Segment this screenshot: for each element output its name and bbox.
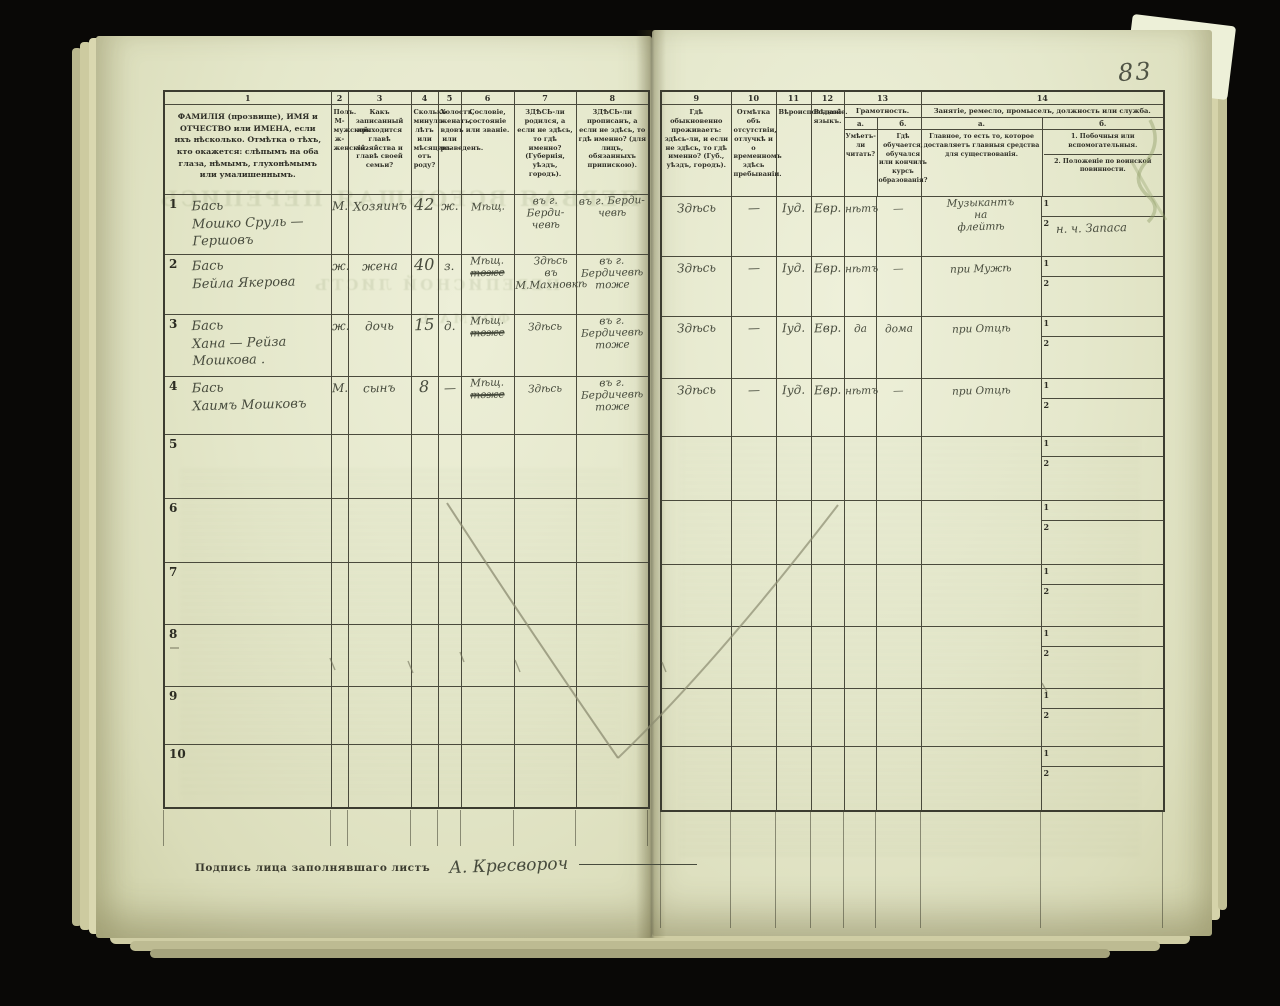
cell-c8-r1: въ г. Берди-чевѣ bbox=[576, 194, 649, 254]
cell-c3-r4: сынъ bbox=[348, 376, 411, 434]
cell-c11-r9 bbox=[776, 689, 811, 747]
cell-c8-r6 bbox=[576, 498, 649, 562]
cell-c2-r1: М. bbox=[331, 194, 348, 254]
cell-c2-r7 bbox=[331, 562, 348, 624]
col-header-can-read: Умѣетъ-ли читать? bbox=[845, 130, 877, 196]
cell-c10-r1: — bbox=[731, 197, 776, 257]
table-rule-continuation bbox=[920, 810, 921, 928]
page-stack-bottom bbox=[150, 949, 1110, 958]
table-rule-continuation bbox=[575, 810, 576, 846]
cell-c2-r2: ж. bbox=[331, 254, 348, 314]
cell-c14b-r10: 1 2 bbox=[1041, 747, 1164, 811]
col-header-main-occupation: Главное, то есть то, которое доставляетъ… bbox=[922, 130, 1042, 196]
table-row: 1 2 bbox=[661, 689, 1164, 747]
cell-c13b-r6 bbox=[876, 501, 921, 565]
col-number: 13 bbox=[845, 92, 921, 105]
cell-c6-r7 bbox=[461, 562, 514, 624]
cell-c14b-r4: 1 2 bbox=[1041, 379, 1164, 437]
col-header-registered: ЗДѢСЬ-ли прописанъ, а если не здѣсь, то … bbox=[577, 105, 649, 173]
table-rule-continuation bbox=[1040, 810, 1041, 928]
table-rule-continuation bbox=[730, 810, 731, 928]
cell-c9-r7 bbox=[661, 565, 731, 627]
cell-c5-r4: — bbox=[438, 376, 461, 434]
cell-c6-r2: Мѣщ.тоже bbox=[461, 254, 514, 314]
cell-c10-r10 bbox=[731, 747, 776, 811]
cell-c14a-r7 bbox=[921, 565, 1041, 627]
cell-c9-r2: Здѣсь bbox=[661, 257, 731, 317]
cell-c5-r5 bbox=[438, 434, 461, 498]
table-rule-continuation bbox=[460, 810, 461, 846]
col-number: 9 bbox=[662, 92, 731, 105]
cell-c7-r7 bbox=[514, 562, 576, 624]
cell-c12-r2: Евр. bbox=[811, 257, 844, 317]
table-rule-continuation bbox=[775, 810, 776, 928]
col-header-side-occupation: 1. Побочныя или вспомогательныя. bbox=[1068, 133, 1137, 149]
cell-c10-r2: — bbox=[731, 257, 776, 317]
cell-c9-r3: Здѣсь bbox=[661, 317, 731, 379]
table-row: 2 БасьБейла Якероваж.жена40з.Мѣщ.тожеЗдѣ… bbox=[164, 254, 649, 314]
census-table-right: 9Гдѣ обыкновенно проживаетъ: здѣсь-ли, и… bbox=[660, 90, 1165, 812]
col-header-residence: Гдѣ обыкновенно проживаетъ: здѣсь-ли, и … bbox=[662, 105, 731, 173]
cell-c13a-r2: нѣтъ bbox=[844, 257, 876, 317]
table-row: 1 2 bbox=[661, 565, 1164, 627]
table-row: 7 bbox=[164, 562, 649, 624]
cell-c3-r9 bbox=[348, 686, 411, 744]
cell-c8-r7 bbox=[576, 562, 649, 624]
cell-name-r2: 2 БасьБейла Якерова bbox=[164, 254, 331, 314]
cell-c13a-r4: нѣтъ bbox=[844, 379, 876, 437]
col-header-occupation: Занятіе, ремесло, промыселъ, должность и… bbox=[922, 105, 1164, 118]
cell-c6-r8 bbox=[461, 624, 514, 686]
table-rule-continuation bbox=[347, 810, 348, 846]
col-number: 1 bbox=[165, 92, 331, 105]
cell-c14a-r10 bbox=[921, 747, 1041, 811]
cell-c8-r2: въ г.Бердичевѣтоже bbox=[576, 254, 649, 314]
table-rule-continuation bbox=[810, 810, 811, 928]
cell-c3-r7 bbox=[348, 562, 411, 624]
cell-c14a-r2: при Мужѣ bbox=[921, 257, 1041, 317]
cell-c14a-r6 bbox=[921, 501, 1041, 565]
cell-c14a-r1: Музыкантънафлейтѣ bbox=[921, 197, 1041, 257]
cell-name-r10: 10 bbox=[164, 744, 331, 808]
cell-c5-r7 bbox=[438, 562, 461, 624]
cell-c14b-r7: 1 2 bbox=[1041, 565, 1164, 627]
cell-c12-r4: Евр. bbox=[811, 379, 844, 437]
cell-c13b-r3: дома bbox=[876, 317, 921, 379]
col-header-military: 2. Положеніе по воинской повинности. bbox=[1044, 154, 1163, 176]
table-row: 4 БасьХаимъ МошковъМ.сынъ8—Мѣщ.тожеЗдѣсь… bbox=[164, 376, 649, 434]
cell-c14a-r9 bbox=[921, 689, 1041, 747]
cell-c7-r6 bbox=[514, 498, 576, 562]
cell-c11-r1: Іуд. bbox=[776, 197, 811, 257]
subcol-a: а. bbox=[845, 118, 877, 130]
cell-c8-r5 bbox=[576, 434, 649, 498]
table-row: Здѣсь—Іуд.Евр.нѣтъ—при Мужѣ 1 2 bbox=[661, 257, 1164, 317]
cell-c4-r6 bbox=[411, 498, 438, 562]
col-number: 2 bbox=[332, 92, 348, 105]
page-number: 83 bbox=[1117, 57, 1153, 87]
table-rule-continuation bbox=[410, 810, 411, 846]
cell-name-r6: 6 bbox=[164, 498, 331, 562]
signature-row: Подпись лица заполнявшаго листъ А. Кресв… bbox=[195, 856, 697, 876]
col-header-name: ФАМИЛІЯ (прозвище), ИМЯ и ОТЧЕСТВО или И… bbox=[165, 105, 331, 187]
table-rule-continuation bbox=[437, 810, 438, 846]
signature-label: Подпись лица заполнявшаго листъ bbox=[195, 862, 430, 874]
cell-c7-r5 bbox=[514, 434, 576, 498]
cell-name-r5: 5 bbox=[164, 434, 331, 498]
cell-name-r9: 9 bbox=[164, 686, 331, 744]
cell-c8-r3: въ г.Бердичевѣтоже bbox=[576, 314, 649, 376]
cell-c9-r9 bbox=[661, 689, 731, 747]
subcol-a: а. bbox=[922, 118, 1042, 130]
col-header-sex: Полъ. М-мужской. ж-женскій. bbox=[332, 105, 348, 155]
cell-c2-r5 bbox=[331, 434, 348, 498]
col-number: 10 bbox=[732, 92, 776, 105]
col-header-relation: Какъ записанный приходится главѣ хозяйст… bbox=[349, 105, 411, 173]
table-rule-continuation bbox=[875, 810, 876, 928]
cell-c10-r4: — bbox=[731, 379, 776, 437]
cell-c10-r7 bbox=[731, 565, 776, 627]
cell-c10-r6 bbox=[731, 501, 776, 565]
cell-c3-r6 bbox=[348, 498, 411, 562]
table-row: Здѣсь—Іуд.Евр.дадомапри Отцѣ 1 2 bbox=[661, 317, 1164, 379]
cell-c9-r1: Здѣсь bbox=[661, 197, 731, 257]
table-rule-continuation bbox=[647, 810, 648, 846]
cell-c14b-r5: 1 2 bbox=[1041, 437, 1164, 501]
table-rule-continuation bbox=[1162, 810, 1163, 928]
table-row: 1 БасьМошко Сруль —ГершовъМ.Хозяинъ42ж.М… bbox=[164, 194, 649, 254]
cell-c14b-r3: 1 2 bbox=[1041, 317, 1164, 379]
cell-c14b-r9: 1 2 bbox=[1041, 689, 1164, 747]
cell-c8-r10 bbox=[576, 744, 649, 808]
cell-c14a-r3: при Отцѣ bbox=[921, 317, 1041, 379]
cell-c2-r6 bbox=[331, 498, 348, 562]
cell-name-r8: 8 bbox=[164, 624, 331, 686]
cell-c13a-r1: нѣтъ bbox=[844, 197, 876, 257]
cell-c14b-r6: 1 2 bbox=[1041, 501, 1164, 565]
cell-c14a-r4: при Отцѣ bbox=[921, 379, 1041, 437]
cell-c5-r3: д. bbox=[438, 314, 461, 376]
census-table-left: 1ФАМИЛІЯ (прозвище), ИМЯ и ОТЧЕСТВО или … bbox=[163, 90, 650, 809]
cell-c11-r3: Іуд. bbox=[776, 317, 811, 379]
cell-c4-r3: 15 bbox=[411, 314, 438, 376]
cell-c6-r5 bbox=[461, 434, 514, 498]
cell-name-r4: 4 БасьХаимъ Мошковъ bbox=[164, 376, 331, 434]
cell-c12-r5 bbox=[811, 437, 844, 501]
col-number: 3 bbox=[349, 92, 411, 105]
cell-c11-r7 bbox=[776, 565, 811, 627]
cell-name-r3: 3 БасьХана — РейзаМошкова . bbox=[164, 314, 331, 376]
col-header-literacy: Грамотность. bbox=[845, 105, 921, 118]
subcol-b: б. bbox=[1043, 118, 1164, 130]
cell-c5-r1: ж. bbox=[438, 194, 461, 254]
cell-c9-r10 bbox=[661, 747, 731, 811]
cell-c6-r4: Мѣщ.тоже bbox=[461, 376, 514, 434]
table-row: 1 2 bbox=[661, 437, 1164, 501]
col-number: 8 bbox=[577, 92, 649, 105]
table-rule-continuation bbox=[513, 810, 514, 846]
cell-c4-r1: 42 bbox=[411, 194, 438, 254]
cell-c13a-r6 bbox=[844, 501, 876, 565]
table-row: 8 bbox=[164, 624, 649, 686]
cell-c2-r9 bbox=[331, 686, 348, 744]
cell-c6-r10 bbox=[461, 744, 514, 808]
cell-c13b-r10 bbox=[876, 747, 921, 811]
cell-c9-r8 bbox=[661, 627, 731, 689]
col-number: 11 bbox=[777, 92, 811, 105]
cell-c2-r8 bbox=[331, 624, 348, 686]
cell-c7-r9 bbox=[514, 686, 576, 744]
table-row: 9 bbox=[164, 686, 649, 744]
table-row: 3 БасьХана — РейзаМошкова .ж.дочь15д.Мѣщ… bbox=[164, 314, 649, 376]
cell-c8-r9 bbox=[576, 686, 649, 744]
cell-c13a-r10 bbox=[844, 747, 876, 811]
cell-c14b-r8: 1 2 bbox=[1041, 627, 1164, 689]
col-header-absence: Отмѣтка объ отсутствіи, отлучкѣ и о врем… bbox=[732, 105, 776, 182]
cell-c4-r10 bbox=[411, 744, 438, 808]
table-row: Здѣсь—Іуд.Евр.нѣтъ—при Отцѣ 1 2 bbox=[661, 379, 1164, 437]
table-rule-continuation bbox=[330, 810, 331, 846]
cell-c5-r2: з. bbox=[438, 254, 461, 314]
cell-c11-r10 bbox=[776, 747, 811, 811]
cell-c3-r8 bbox=[348, 624, 411, 686]
table-header: 1ФАМИЛІЯ (прозвище), ИМЯ и ОТЧЕСТВО или … bbox=[164, 91, 649, 194]
cell-c3-r5 bbox=[348, 434, 411, 498]
col-number: 5 bbox=[439, 92, 461, 105]
cell-c12-r8 bbox=[811, 627, 844, 689]
col-header-religion: Вѣроисповѣданіе. bbox=[777, 105, 811, 120]
table-rule-continuation bbox=[660, 810, 661, 928]
table-row: 1 2 bbox=[661, 747, 1164, 811]
col-header-age: Сколько минуло лѣтъ или мѣсяцевъ отъ род… bbox=[412, 105, 438, 173]
cell-c12-r9 bbox=[811, 689, 844, 747]
cell-c2-r10 bbox=[331, 744, 348, 808]
cell-c4-r4: 8 bbox=[411, 376, 438, 434]
table-row: 1 2 bbox=[661, 627, 1164, 689]
cell-c12-r3: Евр. bbox=[811, 317, 844, 379]
col-number: 12 bbox=[812, 92, 844, 105]
cell-c5-r10 bbox=[438, 744, 461, 808]
table-row: 1 2 bbox=[661, 501, 1164, 565]
cell-c9-r6 bbox=[661, 501, 731, 565]
col-number: 6 bbox=[462, 92, 514, 105]
cell-c9-r4: Здѣсь bbox=[661, 379, 731, 437]
cell-c13a-r5 bbox=[844, 437, 876, 501]
col-header-estate: Сословіе, состояніе или званіе. bbox=[462, 105, 514, 138]
cell-c12-r10 bbox=[811, 747, 844, 811]
cell-c6-r6 bbox=[461, 498, 514, 562]
cell-c4-r9 bbox=[411, 686, 438, 744]
cell-c14a-r8 bbox=[921, 627, 1041, 689]
cell-c10-r8 bbox=[731, 627, 776, 689]
cell-c13a-r7 bbox=[844, 565, 876, 627]
cell-c13b-r4: — bbox=[876, 379, 921, 437]
cell-c4-r8 bbox=[411, 624, 438, 686]
cell-c13a-r9 bbox=[844, 689, 876, 747]
cell-c3-r1: Хозяинъ bbox=[348, 194, 411, 254]
cell-c13b-r9 bbox=[876, 689, 921, 747]
cell-c8-r8 bbox=[576, 624, 649, 686]
cell-c13b-r8 bbox=[876, 627, 921, 689]
cell-c7-r2: Здѣсьвъ М.Махновкѣ bbox=[514, 254, 576, 314]
cell-c3-r10 bbox=[348, 744, 411, 808]
cell-c10-r9 bbox=[731, 689, 776, 747]
col-number: 7 bbox=[515, 92, 576, 105]
table-rule-continuation bbox=[843, 810, 844, 928]
cell-c5-r8 bbox=[438, 624, 461, 686]
cell-c11-r8 bbox=[776, 627, 811, 689]
col-number: 4 bbox=[412, 92, 438, 105]
cell-c4-r7 bbox=[411, 562, 438, 624]
cell-c4-r2: 40 bbox=[411, 254, 438, 314]
cell-c14a-r5 bbox=[921, 437, 1041, 501]
table-row: 5 bbox=[164, 434, 649, 498]
table-row: 10 bbox=[164, 744, 649, 808]
cell-c2-r4: М. bbox=[331, 376, 348, 434]
cell-c12-r6 bbox=[811, 501, 844, 565]
cell-c5-r9 bbox=[438, 686, 461, 744]
cell-c7-r8 bbox=[514, 624, 576, 686]
cell-c7-r10 bbox=[514, 744, 576, 808]
cell-c13b-r2: — bbox=[876, 257, 921, 317]
cell-c13a-r8 bbox=[844, 627, 876, 689]
cell-c9-r5 bbox=[661, 437, 731, 501]
cell-c3-r2: жена bbox=[348, 254, 411, 314]
cell-name-r7: 7 bbox=[164, 562, 331, 624]
col-header-birthplace: ЗДѢСЬ-ли родился, а если не здѣсь, то гд… bbox=[515, 105, 576, 182]
scanned-census-book: ПЕРВАЯ ВСЕОБЩАЯ ПЕРЕПИСЬ ПЕРЕПИСНОЙ ЛИСТ… bbox=[0, 0, 1280, 1006]
cell-c12-r1: Евр. bbox=[811, 197, 844, 257]
cell-c13b-r5 bbox=[876, 437, 921, 501]
cell-c10-r5 bbox=[731, 437, 776, 501]
signature-handwriting: А. Кресвороч bbox=[449, 854, 569, 878]
cell-c4-r5 bbox=[411, 434, 438, 498]
col-number: 14 bbox=[922, 92, 1164, 105]
cell-name-r1: 1 БасьМошко Сруль —Гершовъ bbox=[164, 194, 331, 254]
cell-c11-r4: Іуд. bbox=[776, 379, 811, 437]
col-header-marital: Холостъ, женатъ, вдовъ или разведенъ. bbox=[439, 105, 461, 155]
cell-c6-r3: Мѣщ.тоже bbox=[461, 314, 514, 376]
signature-underline bbox=[579, 864, 697, 865]
table-row: 6 bbox=[164, 498, 649, 562]
table-rule-continuation bbox=[163, 810, 164, 846]
cell-c14b-r2: 1 2 bbox=[1041, 257, 1164, 317]
cell-c11-r5 bbox=[776, 437, 811, 501]
page-stack-right bbox=[1218, 50, 1227, 910]
col-header-language: Родной языкъ. bbox=[812, 105, 844, 129]
cell-c11-r2: Іуд. bbox=[776, 257, 811, 317]
cell-c7-r3: Здѣсь bbox=[514, 314, 576, 376]
cell-c7-r4: Здѣсь bbox=[514, 376, 576, 434]
cell-c3-r3: дочь bbox=[348, 314, 411, 376]
cell-c10-r3: — bbox=[731, 317, 776, 379]
cell-c6-r9 bbox=[461, 686, 514, 744]
cell-c13b-r1: — bbox=[876, 197, 921, 257]
table-row: Здѣсь—Іуд.Евр.нѣтъ—Музыкантънафлейтѣ 1 2… bbox=[661, 197, 1164, 257]
cell-c5-r6 bbox=[438, 498, 461, 562]
cell-c13a-r3: да bbox=[844, 317, 876, 379]
cell-c12-r7 bbox=[811, 565, 844, 627]
table-header: 9Гдѣ обыкновенно проживаетъ: здѣсь-ли, и… bbox=[661, 91, 1164, 197]
cell-c2-r3: ж. bbox=[331, 314, 348, 376]
cell-c14b-r1: 1 2н. ч. Запаса bbox=[1041, 197, 1164, 257]
cell-c13b-r7 bbox=[876, 565, 921, 627]
cell-c11-r6 bbox=[776, 501, 811, 565]
cell-c6-r1: Мѣщ. bbox=[461, 194, 514, 254]
cell-c8-r4: въ г.Бердичевѣтоже bbox=[576, 376, 649, 434]
cell-c7-r1: въ г. Берди-чевѣ bbox=[514, 194, 576, 254]
